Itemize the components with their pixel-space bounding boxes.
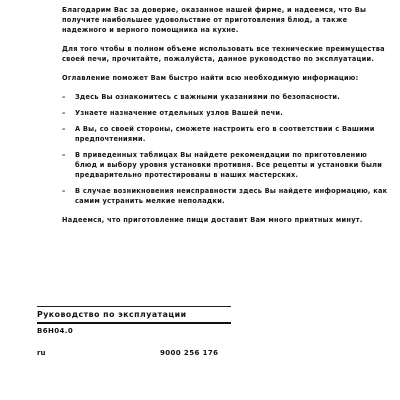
bullet-text: Здесь Вы ознакомитесь с важными указания… [75, 92, 388, 102]
language-code: ru [37, 349, 45, 357]
list-item: – Узнаете назначение отдельных узлов Ваш… [62, 108, 388, 118]
bullet-dash-icon: – [62, 150, 75, 180]
bullet-dash-icon: – [62, 186, 75, 206]
bullet-list: – Здесь Вы ознакомитесь с важными указан… [62, 92, 388, 206]
closing-paragraph: Надеемся, что приготовление пищи достави… [62, 215, 388, 225]
footer-block: Руководство по эксплуатации B6H04.0 [37, 306, 231, 335]
bullet-dash-icon: – [62, 108, 75, 118]
bullet-text: В случае возникновения неисправности зде… [75, 186, 388, 206]
doc-title: Руководство по эксплуатации [37, 309, 231, 320]
intro-paragraph: Благодарим Вас за доверие, оказанное наш… [62, 5, 388, 35]
body-text: Благодарим Вас за доверие, оказанное наш… [62, 5, 388, 234]
bullet-dash-icon: – [62, 124, 75, 144]
document-number: 9000 256 176 [160, 349, 218, 357]
contents-lead-paragraph: Оглавление поможет Вам быстро найти всю … [62, 73, 388, 83]
list-item: – В случае возникновения неисправности з… [62, 186, 388, 206]
bullet-text: В приведенных таблицах Вы найдете рекоме… [75, 150, 388, 180]
purpose-paragraph: Для того чтобы в полном объеме использов… [62, 44, 388, 64]
list-item: – В приведенных таблицах Вы найдете реко… [62, 150, 388, 180]
model-number: B6H04.0 [37, 327, 231, 335]
footer-divider-rule [37, 322, 231, 324]
bullet-text: А Вы, со своей стороны, сможете настроит… [75, 124, 388, 144]
manual-page: Благодарим Вас за доверие, оказанное наш… [0, 0, 400, 400]
list-item: – Здесь Вы ознакомитесь с важными указан… [62, 92, 388, 102]
footer-top-rule [37, 306, 231, 307]
list-item: – А Вы, со своей стороны, сможете настро… [62, 124, 388, 144]
bullet-text: Узнаете назначение отдельных узлов Вашей… [75, 108, 388, 118]
bullet-dash-icon: – [62, 92, 75, 102]
